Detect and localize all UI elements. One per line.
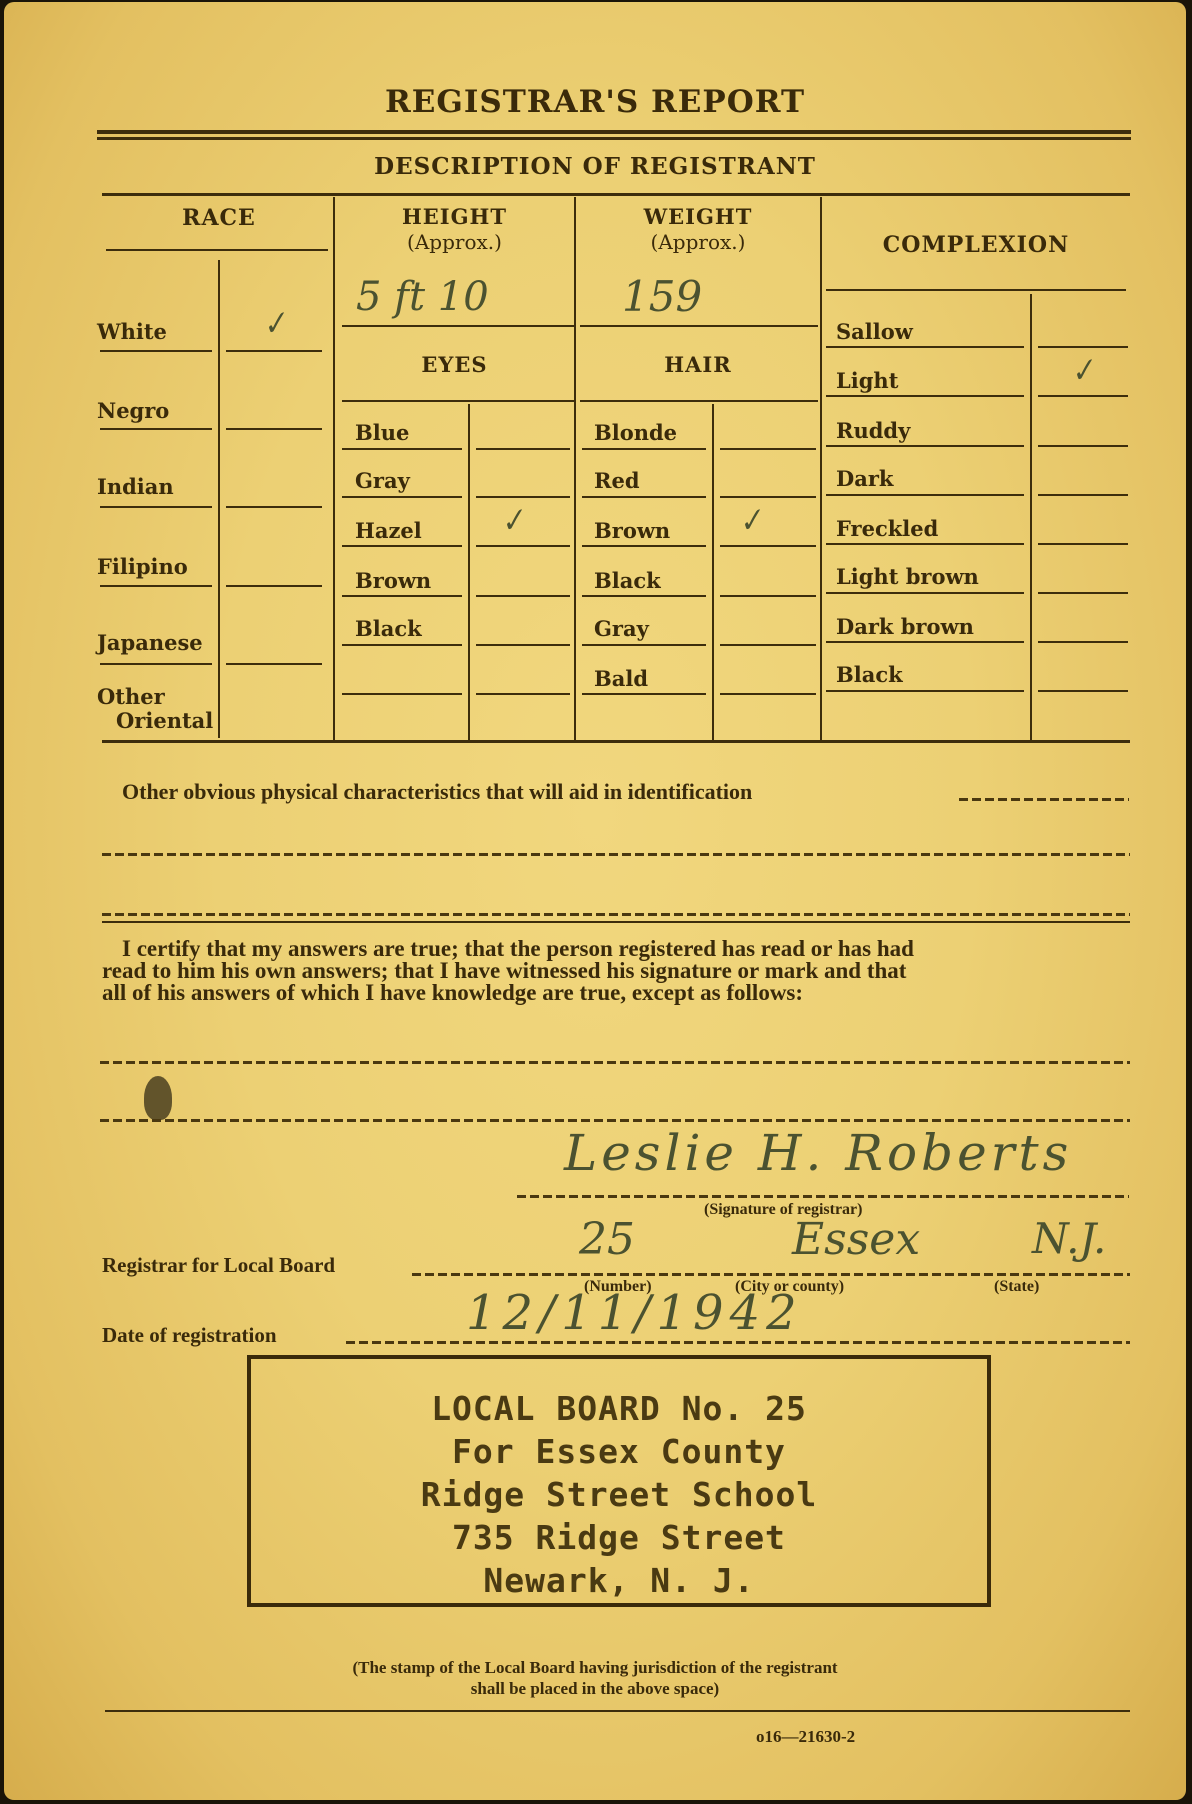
eyes-row-rule [476, 644, 570, 646]
complexion-header-rule [826, 289, 1126, 291]
complexion-row-rule [826, 395, 1024, 397]
hair-inner-divider [712, 404, 714, 740]
eyes-row-rule [342, 693, 462, 695]
eyes-label-blue: Blue [355, 420, 409, 445]
state-caption: (State) [994, 1278, 1039, 1296]
local-board-state: N.J. [1032, 1214, 1106, 1263]
hair-row-rule [582, 496, 706, 498]
eyes-row-rule [342, 545, 462, 547]
complexion-row-rule [826, 494, 1024, 496]
eyes-header-rule [342, 400, 574, 402]
complexion-row-rule [1038, 641, 1128, 643]
complexion-header: COMPLEXION [822, 232, 1130, 258]
height-header: HEIGHT [335, 204, 574, 229]
local-board-number: 25 [579, 1214, 635, 1265]
date-value: 12/11/1942 [466, 1285, 803, 1341]
hair-label-gray: Gray [594, 616, 649, 641]
table-bottom-rule [102, 740, 1130, 743]
stamp-line-2: For Essex County [251, 1432, 987, 1471]
complexion-row-rule [1038, 592, 1128, 594]
hair-check-mark: ✓ [734, 501, 767, 541]
complexion-row-rule [1038, 346, 1128, 348]
height-subheader: (Approx.) [335, 230, 574, 254]
stamp-note-line-1: (The stamp of the Local Board having jur… [4, 1658, 1186, 1678]
registrar-signature: Leslie H. Roberts [564, 1124, 1072, 1182]
complexion-row-rule [826, 690, 1024, 692]
other-characteristics-line-2[interactable] [102, 853, 1130, 856]
exceptions-line-1[interactable] [100, 1061, 1130, 1064]
complexion-row-rule [826, 445, 1024, 447]
race-row-rule [226, 506, 322, 508]
eyes-inner-divider [468, 404, 470, 740]
eyes-row-rule [476, 448, 570, 450]
stamp-note-line-2: shall be placed in the above space) [4, 1679, 1186, 1699]
local-board-line[interactable] [412, 1273, 1130, 1276]
height-value: 5 ft 10 [356, 274, 489, 320]
race-row-rule [226, 428, 322, 430]
complexion-label-black: Black [836, 662, 903, 687]
race-row-rule [226, 663, 322, 665]
divider-race-height [333, 197, 335, 740]
race-header-rule [106, 249, 328, 251]
hair-label-brown: Brown [594, 518, 670, 543]
form-number: o16—21630-2 [756, 1727, 855, 1747]
hair-label-bald: Bald [594, 666, 648, 691]
complexion-label-dark-brown: Dark brown [836, 614, 974, 639]
divider-height-weight [574, 197, 576, 740]
stamp-line-5: Newark, N. J. [251, 1561, 987, 1600]
divider-weight-complexion [820, 197, 822, 740]
date-label: Date of registration [102, 1324, 277, 1347]
stamp-line-1: LOCAL BOARD No. 25 [251, 1389, 987, 1428]
hair-header: HAIR [576, 352, 820, 377]
race-header: RACE [104, 205, 334, 231]
eyes-row-rule [342, 448, 462, 450]
eyes-label-gray: Gray [355, 468, 410, 493]
exceptions-line-2[interactable] [100, 1119, 1130, 1122]
hair-header-rule [580, 400, 818, 402]
eyes-row-rule [476, 545, 570, 547]
hair-row-rule [720, 448, 816, 450]
complexion-label-freckled: Freckled [836, 516, 938, 541]
race-label-white: White [97, 319, 167, 344]
race-label-negro: Negro [97, 398, 169, 423]
complexion-row-rule [826, 346, 1024, 348]
eyes-header: EYES [335, 352, 574, 377]
other-characteristics-label: Other obvious physical characteristics t… [122, 780, 752, 803]
hair-label-blonde: Blonde [594, 420, 677, 445]
race-label-japanese: Japanese [97, 630, 203, 655]
signature-line[interactable] [517, 1195, 1129, 1198]
local-board-stamp-box: LOCAL BOARD No. 25 For Essex County Ridg… [247, 1355, 991, 1607]
race-label-filipino: Filipino [97, 554, 188, 579]
section-title: DESCRIPTION OF REGISTRANT [4, 153, 1186, 180]
hair-row-rule [582, 644, 706, 646]
local-board-city: Essex [792, 1214, 920, 1265]
stamp-line-4: 735 Ridge Street [251, 1518, 987, 1557]
complexion-row-rule [1038, 543, 1128, 545]
footer-rule [105, 1710, 1130, 1712]
title-rule-top [97, 130, 1131, 134]
section-rule [102, 921, 1130, 923]
eyes-row-rule [476, 693, 570, 695]
complexion-label-light: Light [836, 368, 898, 393]
race-row-rule [100, 663, 212, 665]
complexion-row-rule [1038, 395, 1128, 397]
race-row-rule [100, 350, 212, 352]
weight-subheader: (Approx.) [576, 230, 820, 254]
complexion-inner-divider [1030, 294, 1032, 740]
hair-row-rule [720, 545, 816, 547]
complexion-row-rule [826, 641, 1024, 643]
eyes-label-hazel: Hazel [355, 518, 422, 543]
stamp-line-3: Ridge Street School [251, 1475, 987, 1514]
race-row-rule [100, 428, 212, 430]
table-top-rule [102, 193, 1130, 196]
eyes-row-rule [476, 496, 570, 498]
eyes-row-rule [476, 595, 570, 597]
other-characteristics-line-1[interactable] [959, 798, 1129, 801]
certification-line-2: read to him his own answers; that I have… [102, 959, 906, 982]
hair-row-rule [720, 595, 816, 597]
certification-line-3: all of his answers of which I have knowl… [102, 981, 803, 1004]
eyes-check-mark: ✓ [496, 501, 529, 541]
complexion-label-sallow: Sallow [836, 319, 913, 344]
eyes-label-brown: Brown [355, 568, 431, 593]
race-label-oriental: Oriental [116, 708, 213, 733]
hair-row-rule [720, 644, 816, 646]
race-row-rule [226, 585, 322, 587]
complexion-row-rule [1038, 494, 1128, 496]
hair-row-rule [720, 496, 816, 498]
eyes-row-rule [342, 644, 462, 646]
certification-line-1: I certify that my answers are true; that… [122, 937, 914, 960]
complexion-check-mark: ✓ [1066, 351, 1099, 391]
hair-row-rule [720, 693, 816, 695]
complexion-row-rule [826, 592, 1024, 594]
ink-blot [144, 1076, 172, 1120]
weight-value: 159 [622, 272, 702, 321]
complexion-row-rule [1038, 690, 1128, 692]
complexion-label-dark: Dark [836, 466, 893, 491]
hair-row-rule [582, 595, 706, 597]
registration-card: REGISTRAR'S REPORT DESCRIPTION OF REGIST… [4, 2, 1186, 1800]
race-row-rule [226, 350, 322, 352]
title-rule-bottom [97, 137, 1131, 140]
complexion-row-rule [826, 543, 1024, 545]
race-inner-divider [218, 260, 220, 738]
page-title: REGISTRAR'S REPORT [4, 84, 1186, 120]
weight-header: WEIGHT [576, 204, 820, 229]
eyes-label-black: Black [355, 616, 422, 641]
eyes-row-rule [342, 595, 462, 597]
hair-row-rule [582, 448, 706, 450]
eyes-row-rule [342, 496, 462, 498]
date-line[interactable] [346, 1341, 1130, 1344]
hair-row-rule [582, 693, 706, 695]
race-row-rule [100, 585, 212, 587]
other-characteristics-line-3[interactable] [102, 913, 1130, 916]
race-label-other: Other [97, 684, 165, 709]
race-label-indian: Indian [97, 474, 174, 499]
local-board-label: Registrar for Local Board [102, 1254, 335, 1277]
race-check-mark: ✓ [258, 304, 291, 344]
race-row-rule [100, 506, 212, 508]
hair-label-red: Red [594, 468, 640, 493]
weight-value-rule [580, 325, 818, 327]
height-value-rule [342, 325, 574, 327]
hair-label-black: Black [594, 568, 661, 593]
complexion-row-rule [1038, 445, 1128, 447]
hair-row-rule [582, 545, 706, 547]
complexion-label-light-brown: Light brown [836, 564, 979, 589]
complexion-label-ruddy: Ruddy [836, 418, 910, 443]
